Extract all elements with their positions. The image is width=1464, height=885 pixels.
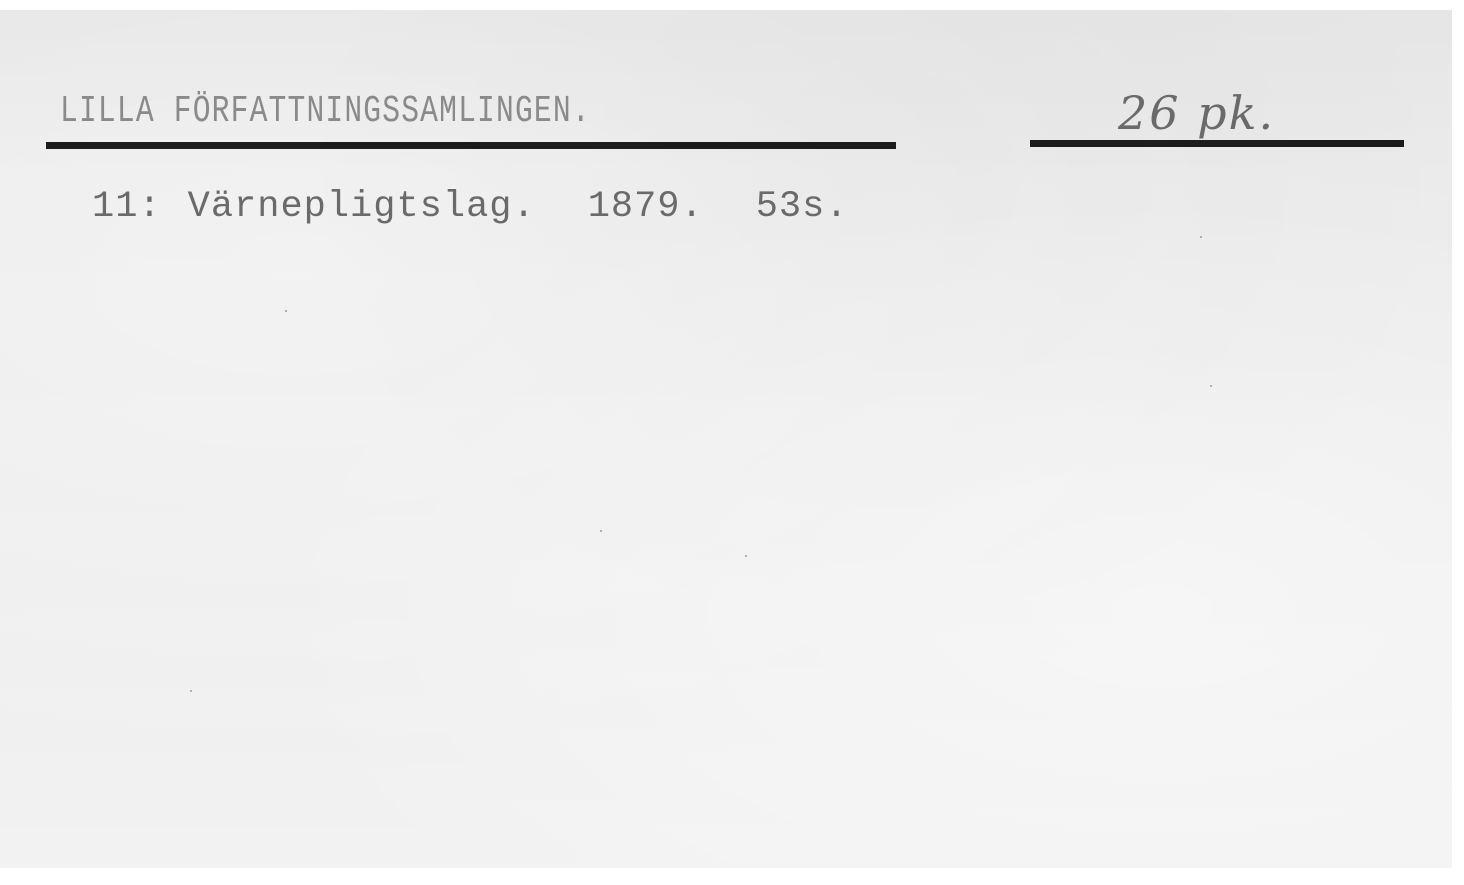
paper-speck: [600, 530, 602, 532]
entry-year: 1879.: [588, 186, 704, 228]
entry-title: Värnepligtslag.: [188, 186, 536, 228]
series-title: LILLA FÖRFATTNINGSSAMLINGEN.: [60, 90, 591, 133]
catalog-card: LILLA FÖRFATTNINGSSAMLINGEN. 26 pk. 11:V…: [0, 10, 1452, 868]
entry-pages: 53s.: [756, 186, 849, 228]
paper-speck: [745, 555, 747, 557]
catalog-entry: 11:Värnepligtslag.1879.53s.: [92, 186, 849, 228]
paper-speck: [190, 690, 192, 692]
handwritten-shelf-note: 26 pk.: [1118, 86, 1275, 140]
paper-speck: [285, 310, 287, 312]
paper-speck: [1210, 385, 1212, 387]
entry-number: 11:: [92, 186, 162, 228]
shelf-note-underline: [1030, 140, 1404, 147]
series-title-underline: [46, 142, 896, 149]
paper-speck: [1200, 236, 1202, 238]
